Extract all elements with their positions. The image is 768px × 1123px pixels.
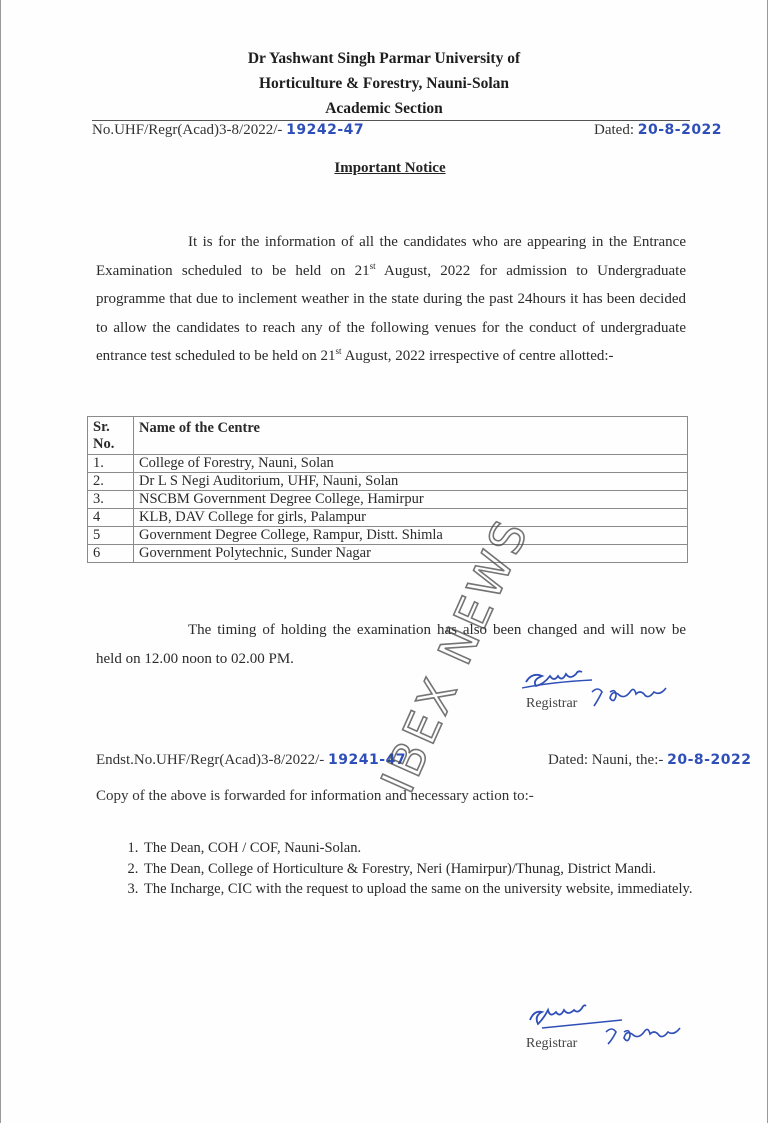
- list-item: The Dean, COH / COF, Nauni-Solan.: [142, 838, 714, 859]
- reference-number-prefix: No.UHF/Regr(Acad)3-8/2022/-: [92, 122, 282, 138]
- table-row: 4 KLB, DAV College for girls, Palampur: [88, 509, 688, 527]
- row-sr: 3.: [88, 491, 134, 509]
- university-name-line1: Dr Yashwant Singh Parmar University of: [0, 50, 768, 68]
- registrar-signature-1: Registrar: [520, 662, 700, 718]
- row-centre: KLB, DAV College for girls, Palampur: [134, 509, 688, 527]
- endorsement-date: Dated: Nauni, the:- 20-8-2022: [548, 752, 751, 769]
- row-sr: 2.: [88, 473, 134, 491]
- row-sr: 1.: [88, 455, 134, 473]
- table-row: 1. College of Forestry, Nauni, Solan: [88, 455, 688, 473]
- university-name-line2: Horticulture & Forestry, Nauni-Solan: [0, 75, 768, 93]
- table-row: 6 Government Polytechnic, Sunder Nagar: [88, 545, 688, 563]
- row-centre: College of Forestry, Nauni, Solan: [134, 455, 688, 473]
- reference-date: Dated: 20-8-2022: [594, 122, 722, 139]
- section-name: Academic Section: [0, 100, 768, 118]
- list-item: The Dean, College of Horticulture & Fore…: [142, 859, 714, 880]
- row-centre: NSCBM Government Degree College, Hamirpu…: [134, 491, 688, 509]
- endorsement-number-prefix: Endst.No.UHF/Regr(Acad)3-8/2022/-: [96, 752, 324, 768]
- recipients-list: The Dean, COH / COF, Nauni-Solan. The De…: [118, 838, 714, 900]
- header-centre-name: Name of the Centre: [134, 417, 688, 455]
- header-divider: [92, 120, 690, 121]
- endorsement-dated-label: Dated: Nauni, the:-: [548, 752, 663, 768]
- registrar-designation-2: Registrar: [526, 1036, 577, 1052]
- endorsement-number-handwritten: 19241-47: [328, 752, 406, 768]
- endorsement-intro: Copy of the above is forwarded for infor…: [96, 788, 534, 805]
- row-centre: Government Polytechnic, Sunder Nagar: [134, 545, 688, 563]
- table-row: 3. NSCBM Government Degree College, Hami…: [88, 491, 688, 509]
- table-row: 5 Government Degree College, Rampur, Dis…: [88, 527, 688, 545]
- reference-number-handwritten: 19242-47: [286, 122, 364, 138]
- notice-paragraph-1: It is for the information of all the can…: [96, 228, 686, 371]
- dated-handwritten: 20-8-2022: [638, 122, 722, 138]
- header-sr-no: Sr. No.: [88, 417, 134, 455]
- row-sr: 5: [88, 527, 134, 545]
- table-header-row: Sr. No. Name of the Centre: [88, 417, 688, 455]
- centres-table: Sr. No. Name of the Centre 1. College of…: [87, 416, 688, 563]
- registrar-signature-2: Registrar: [520, 998, 710, 1058]
- row-sr: 4: [88, 509, 134, 527]
- row-sr: 6: [88, 545, 134, 563]
- row-centre: Government Degree College, Rampur, Distt…: [134, 527, 688, 545]
- notice-title: Important Notice: [0, 160, 768, 177]
- table-row: 2. Dr L S Negi Auditorium, UHF, Nauni, S…: [88, 473, 688, 491]
- reference-number: No.UHF/Regr(Acad)3-8/2022/- 19242-47: [92, 122, 364, 139]
- list-item: The Incharge, CIC with the request to up…: [142, 879, 714, 900]
- row-centre: Dr L S Negi Auditorium, UHF, Nauni, Sola…: [134, 473, 688, 491]
- endorsement-number: Endst.No.UHF/Regr(Acad)3-8/2022/- 19241-…: [96, 752, 406, 769]
- registrar-designation-1: Registrar: [526, 696, 577, 712]
- endorsement-dated-handwritten: 20-8-2022: [667, 752, 751, 768]
- dated-label: Dated:: [594, 122, 634, 138]
